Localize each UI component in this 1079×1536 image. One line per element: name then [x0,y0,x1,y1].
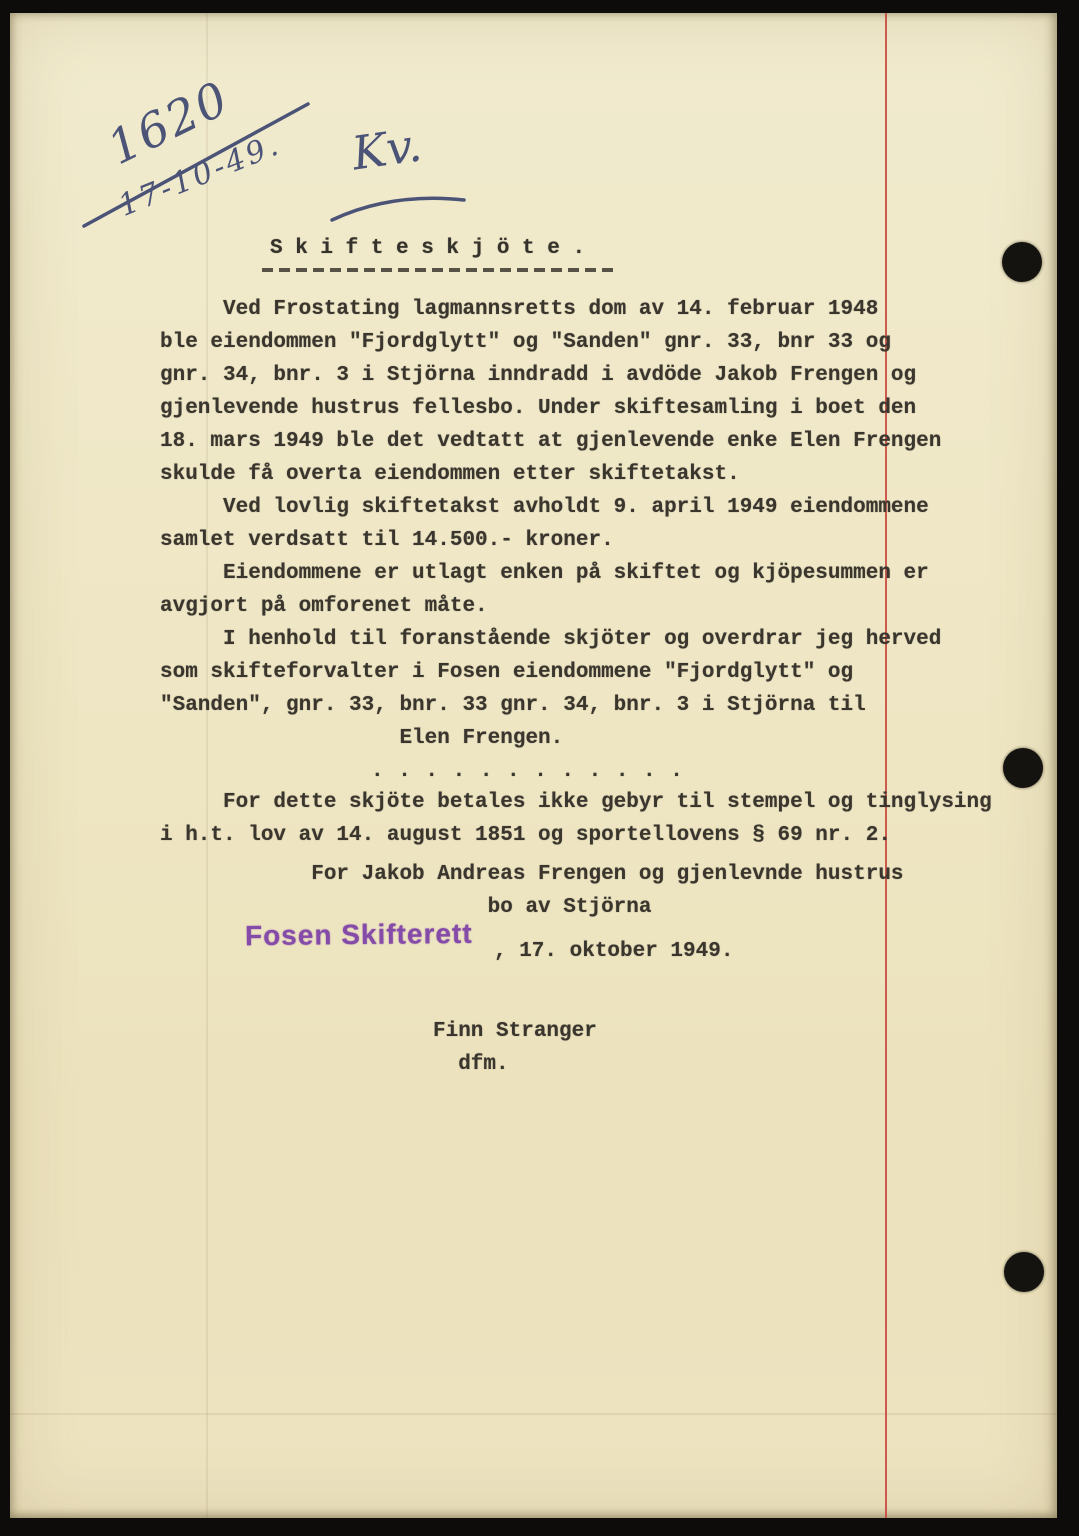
typed-line: Finn Stranger [433,1015,597,1048]
typed-line: Elen Frengen. [160,722,941,755]
fee-clause-text: For dette skjöte betales ikke gebyr til … [160,786,992,852]
typed-line: skulde få overta eiendommen etter skifte… [160,458,941,491]
typed-line: I henhold til foranstående skjöter og ov… [160,623,941,656]
red-margin-line [885,13,887,1518]
court-stamp: Fosen Skifterett [245,918,473,952]
typed-line: gjenlevende hustrus fellesbo. Under skif… [160,392,941,425]
typed-line: avgjort på omforenet måte. [160,590,941,623]
typed-line: i h.t. lov av 14. august 1851 og sportel… [160,819,992,852]
typed-line: Eiendommene er utlagt enken på skiftet o… [160,557,941,590]
dots-separator: . . . . . . . . . . . . [371,755,684,788]
typed-line: "Sanden", gnr. 33, bnr. 33 gnr. 34, bnr.… [160,689,941,722]
typed-date: , 17. oktober 1949. [494,935,733,968]
attribution-text: For Jakob Andreas Frengen og gjenlevnde … [160,858,904,924]
punch-hole [1003,748,1043,788]
signature-block: Finn Stranger dfm. [433,1015,597,1081]
handwritten-annotation: 1620 17-10-49. Kv. [70,88,500,258]
typed-line: Ved lovlig skiftetakst avholdt 9. april … [160,491,941,524]
body-text: Ved Frostating lagmannsretts dom av 14. … [160,293,941,755]
document-title-underline [262,268,614,272]
punch-hole [1004,1252,1044,1292]
typed-line: 18. mars 1949 ble det vedtatt at gjenlev… [160,425,941,458]
paper-crease-horizontal [10,1413,1057,1415]
typed-line: For Jakob Andreas Frengen og gjenlevnde … [160,858,904,891]
scanned-page-background: 1620 17-10-49. Kv. S k i f t e s k j ö t… [0,0,1079,1536]
typed-line: Ved Frostating lagmannsretts dom av 14. … [160,293,941,326]
typed-line: For dette skjöte betales ikke gebyr til … [160,786,992,819]
typed-line: som skifteforvalter i Fosen eiendommene … [160,656,941,689]
document-paper: 1620 17-10-49. Kv. S k i f t e s k j ö t… [10,13,1057,1518]
document-title: S k i f t e s k j ö t e . [270,237,585,260]
typed-line: ble eiendommen "Fjordglytt" og "Sanden" … [160,326,941,359]
punch-hole [1002,242,1042,282]
clerk-initials-handwritten: Kv. [349,117,425,180]
typed-line: dfm. [433,1048,597,1081]
typed-line: gnr. 34, bnr. 3 i Stjörna inndradd i avd… [160,359,941,392]
typed-line: samlet verdsatt til 14.500.- kroner. [160,524,941,557]
